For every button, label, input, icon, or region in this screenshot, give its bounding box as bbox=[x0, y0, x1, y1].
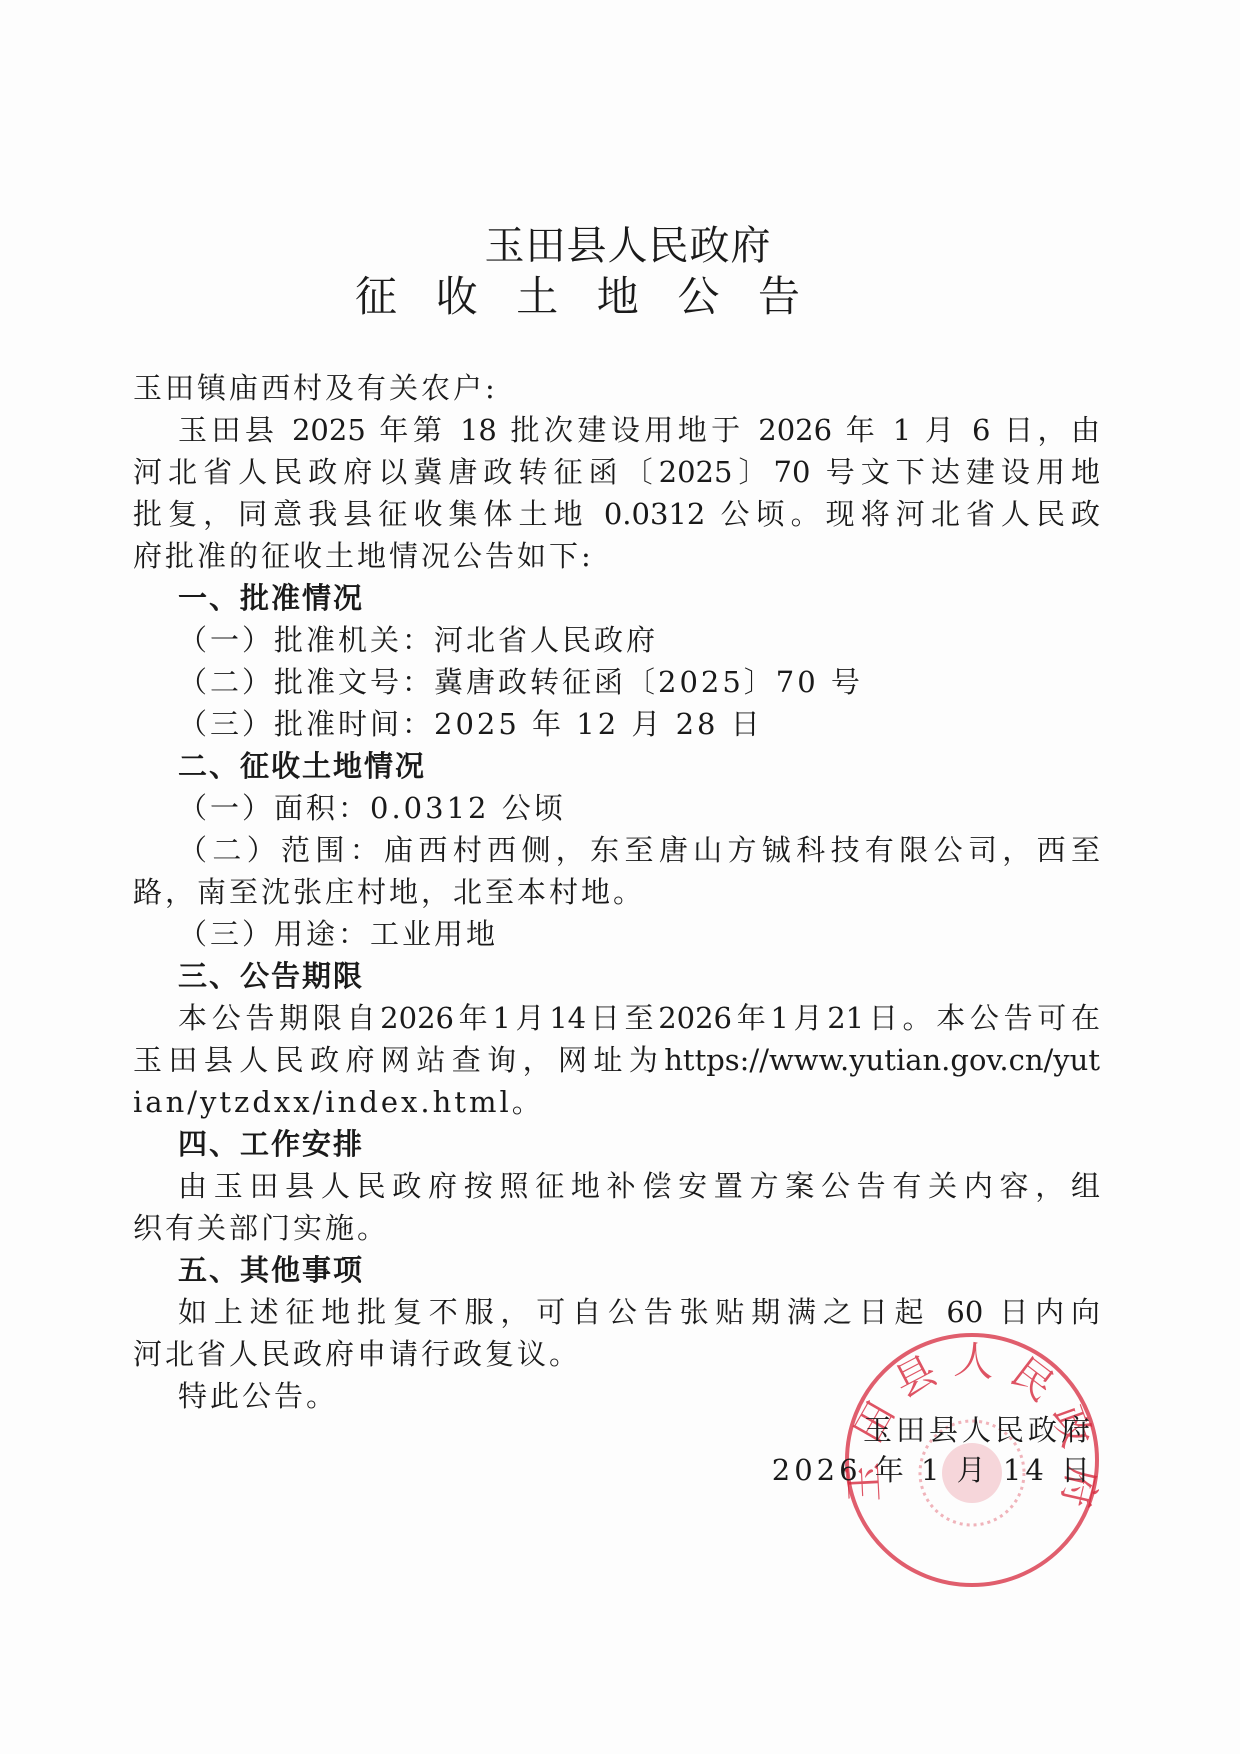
notice-title-char: 告 bbox=[758, 272, 800, 322]
section-heading: 二、征收土地情况 bbox=[178, 745, 1100, 787]
intro-line: 玉田县 2025 年第 18 批次建设用地于 2026 年 1 月 6 日，由 bbox=[178, 409, 1100, 451]
notice-title: 征 收 土 地 公 告 bbox=[355, 272, 800, 322]
section-heading: 五、其他事项 bbox=[178, 1249, 1100, 1291]
intro-line: 河北省人民政府以冀唐政转征函〔2025〕70 号文下达建设用地 bbox=[133, 451, 1100, 493]
issuer-title: 玉田县人民政府 bbox=[0, 222, 1240, 270]
addressee: 玉田镇庙西村及有关农户: bbox=[133, 367, 1100, 409]
section-line: 如上述征地批复不服，可自公告张贴期满之日起 60 日内向 bbox=[178, 1291, 1100, 1333]
section-heading: 三、公告期限 bbox=[178, 955, 1100, 997]
section-line: （一）面积：0.0312 公顷 bbox=[178, 787, 1100, 829]
section-line: 路，南至沈张庄村地，北至本村地。 bbox=[133, 871, 1100, 913]
document-page: 玉田县人民政府 征 收 土 地 公 告 玉田镇庙西村及有关农户: 玉田县 202… bbox=[0, 0, 1240, 1754]
section-line: 本公告期限自2026年1月14日至2026年1月21日。本公告可在 bbox=[178, 997, 1100, 1039]
section-line: （二）批准文号：冀唐政转征函〔2025〕70 号 bbox=[178, 661, 1100, 703]
notice-title-char: 公 bbox=[677, 272, 719, 322]
notice-title-char: 土 bbox=[516, 272, 558, 322]
intro-line: 府批准的征收土地情况公告如下: bbox=[133, 535, 1100, 577]
notice-title-char: 收 bbox=[436, 272, 478, 322]
section-line: 由玉田县人民政府按照征地补偿安置方案公告有关内容，组 bbox=[178, 1165, 1100, 1207]
section-heading: 四、工作安排 bbox=[178, 1123, 1100, 1165]
section-line: （三）批准时间：2025 年 12 月 28 日 bbox=[178, 703, 1100, 745]
section-heading: 一、批准情况 bbox=[178, 577, 1100, 619]
section-line: （三）用途：工业用地 bbox=[178, 913, 1100, 955]
section-line: （二）范围：庙西村西侧，东至唐山方铖科技有限公司，西至 bbox=[178, 829, 1100, 871]
section-line: 织有关部门实施。 bbox=[133, 1207, 1100, 1249]
notice-title-char: 地 bbox=[597, 272, 639, 322]
website-url-line: 玉田县人民政府网站查询，网址为https://www.yutian.gov.cn… bbox=[133, 1039, 1100, 1081]
signature-date: 2026 年 1 月 14 日 bbox=[772, 1449, 1094, 1491]
notice-title-char: 征 bbox=[355, 272, 397, 322]
section-line: （一）批准机关：河北省人民政府 bbox=[178, 619, 1100, 661]
website-url-line: ian/ytzdxx/index.html。 bbox=[133, 1081, 1100, 1123]
signature-issuer: 玉田县人民政府 bbox=[863, 1409, 1094, 1451]
intro-line: 批复，同意我县征收集体土地 0.0312 公顷。现将河北省人民政 bbox=[133, 493, 1100, 535]
